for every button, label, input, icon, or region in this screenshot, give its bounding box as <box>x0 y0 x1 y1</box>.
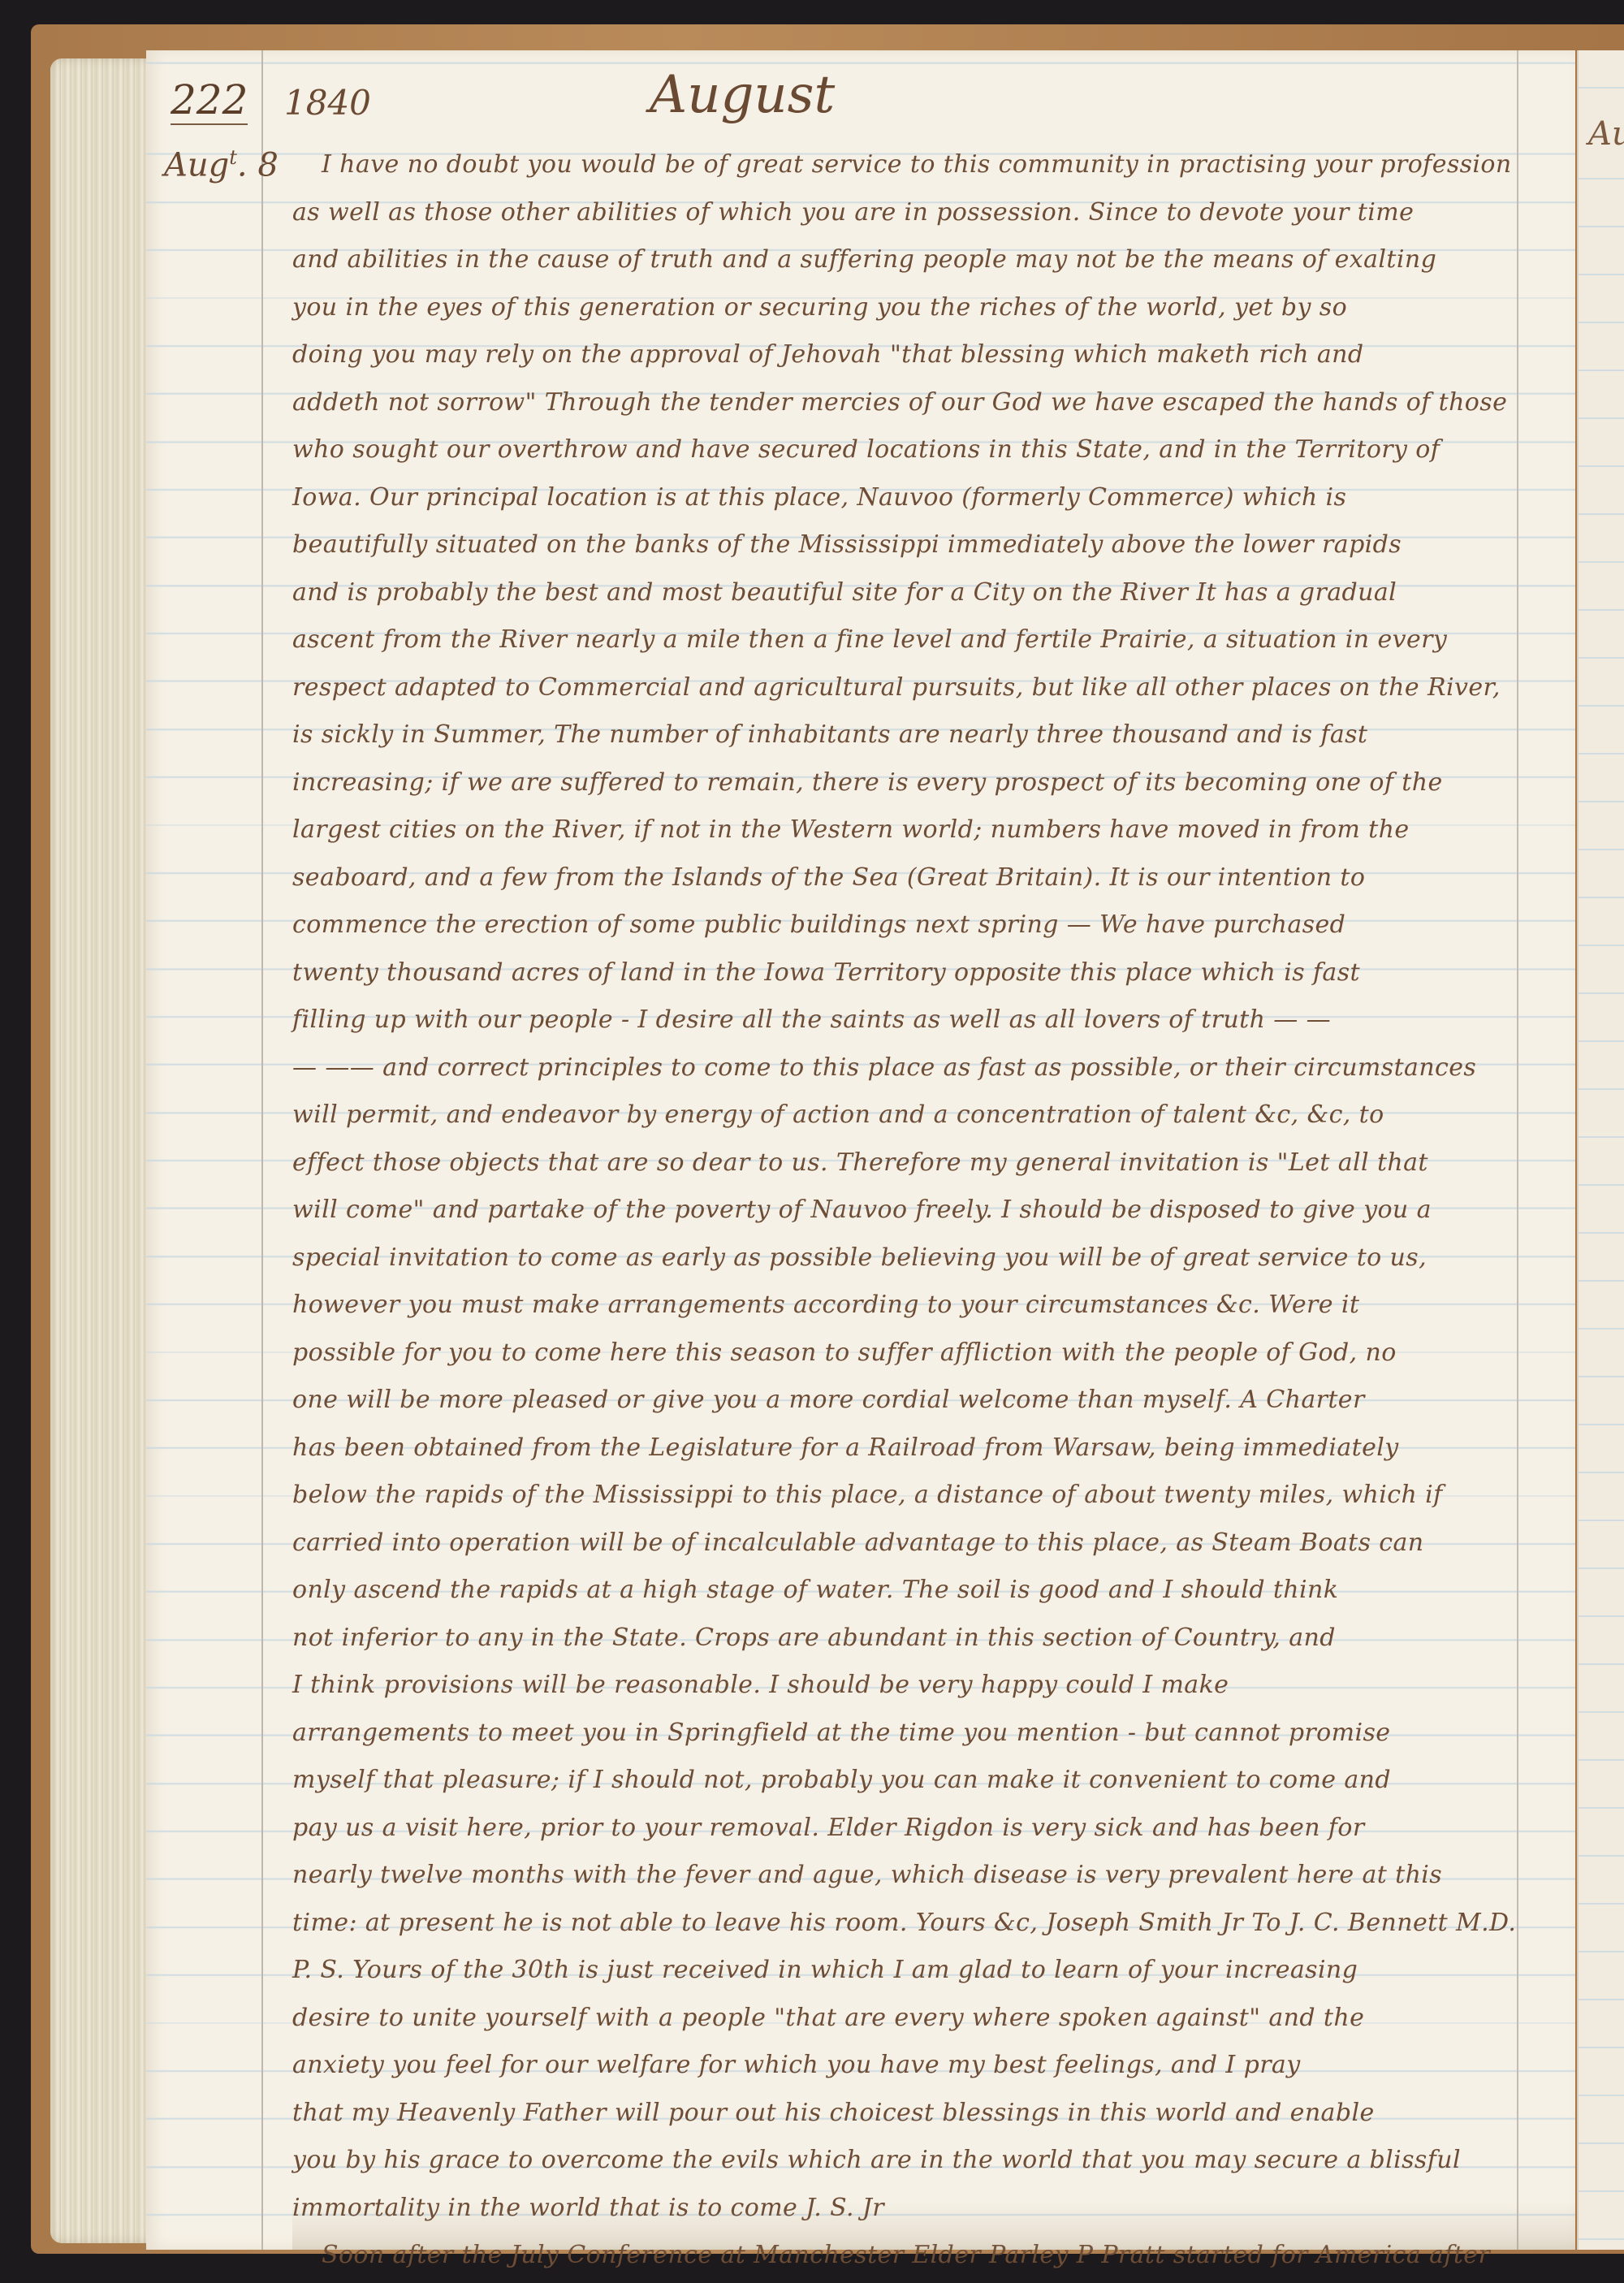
year-heading: 1840 <box>284 83 371 123</box>
text-line: doing you may rely on the approval of Je… <box>292 331 1559 379</box>
letter-body: I have no doubt you would be of great se… <box>292 141 1559 2280</box>
text-line: commence the erection of some public bui… <box>292 902 1559 949</box>
text-line: myself that pleasure; if I should not, p… <box>292 1757 1559 1805</box>
signature-line: time: at present he is not able to leave… <box>292 1900 1559 1948</box>
text-line: twenty thousand acres of land in the Iow… <box>292 949 1559 997</box>
entry-date-day: 8 <box>257 146 278 184</box>
text-line: effect those objects that are so dear to… <box>292 1139 1559 1187</box>
text-line: filling up with our people - I desire al… <box>292 997 1559 1044</box>
text-line: you in the eyes of this generation or se… <box>292 284 1559 332</box>
text-line: has been obtained from the Legislature f… <box>292 1425 1559 1472</box>
text-line: Iowa. Our principal location is at this … <box>292 474 1559 522</box>
text-line: and is probably the best and most beauti… <box>292 569 1559 617</box>
text-line: not inferior to any in the State. Crops … <box>292 1615 1559 1663</box>
text-line: respect adapted to Commercial and agricu… <box>292 664 1559 712</box>
text-line: largest cities on the River, if not in t… <box>292 806 1559 854</box>
text-line: possible for you to come here this seaso… <box>292 1330 1559 1377</box>
text-line: arrangements to meet you in Springfield … <box>292 1710 1559 1758</box>
text-line: pay us a visit here, prior to your remov… <box>292 1805 1559 1853</box>
text-line: seaboard, and a few from the Islands of … <box>292 854 1559 902</box>
manuscript-page: 222 1840 August Augt. 8 I have no doubt … <box>146 50 1575 2250</box>
entry-date-sup: t <box>229 146 237 169</box>
postscript-line: P. S. Yours of the 30th is just received… <box>292 1947 1559 1995</box>
page-edges <box>50 58 156 2243</box>
text-line: as well as those other abilities of whic… <box>292 189 1559 237</box>
month-heading: August <box>650 65 835 125</box>
text-line: ascent from the River nearly a mile then… <box>292 616 1559 664</box>
text-line: and abilities in the cause of truth and … <box>292 236 1559 284</box>
text-line: — —— and correct principles to come to t… <box>292 1044 1559 1092</box>
text-line: anxiety you feel for our welfare for whi… <box>292 2042 1559 2090</box>
page-shadow <box>292 2201 1575 2250</box>
entry-date: Augt. 8 <box>164 146 279 184</box>
text-line: carried into operation will be of incalc… <box>292 1520 1559 1567</box>
text-line: will permit, and endeavor by energy of a… <box>292 1092 1559 1139</box>
page-number: 222 <box>171 80 248 125</box>
text-line: is sickly in Summer, The number of inhab… <box>292 711 1559 759</box>
facing-page-edge: Aug <box>1577 50 1624 2250</box>
text-line: nearly twelve months with the fever and … <box>292 1852 1559 1900</box>
text-line: I have no doubt you would be of great se… <box>292 141 1559 189</box>
text-line: one will be more pleased or give you a m… <box>292 1377 1559 1425</box>
text-line: however you must make arrangements accor… <box>292 1282 1559 1330</box>
text-line: special invitation to come as early as p… <box>292 1234 1559 1282</box>
facing-page-date: Aug <box>1588 115 1624 153</box>
text-line: only ascend the rapids at a high stage o… <box>292 1567 1559 1615</box>
entry-date-month: Aug <box>164 146 229 184</box>
text-line: beautifully situated on the banks of the… <box>292 521 1559 569</box>
text-line: you by his grace to overcome the evils w… <box>292 2137 1559 2185</box>
text-line: who sought our overthrow and have secure… <box>292 426 1559 474</box>
text-line: addeth not sorrow" Through the tender me… <box>292 379 1559 427</box>
text-line: will come" and partake of the poverty of… <box>292 1187 1559 1234</box>
text-line-with-underline: increasing; if we are suffered to remain… <box>292 759 1559 807</box>
text-line: below the rapids of the Mississippi to t… <box>292 1472 1559 1520</box>
text-line: desire to unite yourself with a people "… <box>292 1995 1559 2043</box>
left-margin-rule <box>261 50 263 2250</box>
text-line: that my Heavenly Father will pour out hi… <box>292 2090 1559 2138</box>
text-line: I think provisions will be reasonable. I… <box>292 1662 1559 1710</box>
ruled-lines <box>1579 50 1624 2250</box>
